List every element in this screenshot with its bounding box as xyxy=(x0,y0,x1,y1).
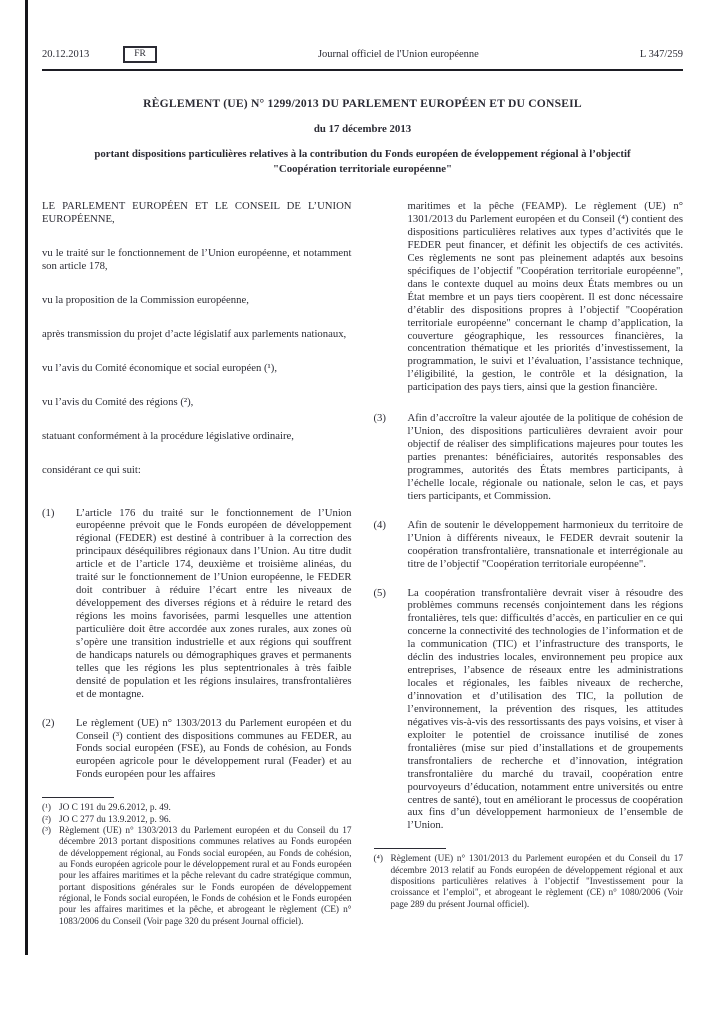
recital-2-text: Le règlement (UE) n° 1303/2013 du Parlem… xyxy=(76,717,352,782)
preamble-opening: LE PARLEMENT EUROPÉEN ET LE CONSEIL DE L… xyxy=(42,200,352,226)
recital-4-text: Afin de soutenir le développement harmon… xyxy=(408,519,684,571)
recital-1-number: (1) xyxy=(42,507,76,701)
footnote-3-text: Règlement (UE) n° 1303/2013 du Parlement… xyxy=(59,826,352,928)
regulation-subtitle: portant dispositions particulières relat… xyxy=(83,147,643,176)
regulation-title: RÈGLEMENT (UE) N° 1299/2013 DU PARLEMENT… xyxy=(42,97,683,110)
footnote-1-marker: (¹) xyxy=(42,803,59,814)
header-date: 20.12.2013 xyxy=(42,49,89,60)
recital-3: (3) Afin d’accroître la valeur ajoutée d… xyxy=(374,412,684,503)
preamble-proposition: vu la proposition de la Commission europ… xyxy=(42,294,352,307)
preamble-transmission: après transmission du projet d’acte légi… xyxy=(42,328,352,341)
footnote-2-text: JO C 277 du 13.9.2012, p. 96. xyxy=(59,815,352,826)
right-column: maritimes et la pêche (FEAMP). Le règlem… xyxy=(374,200,684,928)
page-header: 20.12.2013 FR Journal officiel de l'Unio… xyxy=(42,46,683,63)
recital-2-number: (2) xyxy=(42,717,76,782)
recital-3-number: (3) xyxy=(374,412,408,503)
recital-2-continuation: maritimes et la pêche (FEAMP). Le règlem… xyxy=(408,200,684,394)
recital-4: (4) Afin de soutenir le développement ha… xyxy=(374,519,684,571)
journal-title: Journal officiel de l'Union européenne xyxy=(157,49,640,60)
footnote-divider-left xyxy=(42,797,114,798)
header-divider xyxy=(42,69,683,71)
footnote-1-text: JO C 191 du 29.6.2012, p. 49. xyxy=(59,803,352,814)
footnote-3-marker: (³) xyxy=(42,826,59,928)
recital-5: (5) La coopération transfrontalière devr… xyxy=(374,587,684,833)
preamble-procedure: statuant conformément à la procédure lég… xyxy=(42,430,352,443)
recital-5-text: La coopération transfrontalière devrait … xyxy=(408,587,684,833)
document-page: 20.12.2013 FR Journal officiel de l'Unio… xyxy=(0,0,723,1024)
regulation-date: du 17 décembre 2013 xyxy=(42,123,683,135)
left-footnotes: (¹) JO C 191 du 29.6.2012, p. 49. (²) JO… xyxy=(42,797,352,928)
two-column-body: LE PARLEMENT EUROPÉEN ET LE CONSEIL DE L… xyxy=(42,200,683,928)
preamble-avis-regions: vu l’avis du Comité des régions (²), xyxy=(42,396,352,409)
footnote-3: (³) Règlement (UE) n° 1303/2013 du Parle… xyxy=(42,826,352,928)
footnote-2: (²) JO C 277 du 13.9.2012, p. 96. xyxy=(42,815,352,826)
right-footnotes: (⁴) Règlement (UE) n° 1301/2013 du Parle… xyxy=(374,848,684,911)
scan-artifact-bar xyxy=(25,0,28,955)
recital-3-text: Afin d’accroître la valeur ajoutée de la… xyxy=(408,412,684,503)
footnote-4-marker: (⁴) xyxy=(374,854,391,911)
footnote-4: (⁴) Règlement (UE) n° 1301/2013 du Parle… xyxy=(374,854,684,911)
footnote-2-marker: (²) xyxy=(42,815,59,826)
recital-1-text: L’article 176 du traité sur le fonctionn… xyxy=(76,507,352,701)
recital-5-number: (5) xyxy=(374,587,408,833)
language-badge: FR xyxy=(123,46,157,63)
footnote-4-text: Règlement (UE) n° 1301/2013 du Parlement… xyxy=(391,854,684,911)
recital-1: (1) L’article 176 du traité sur le fonct… xyxy=(42,507,352,701)
preamble-avis-cese: vu l’avis du Comité économique et social… xyxy=(42,362,352,375)
recital-2: (2) Le règlement (UE) n° 1303/2013 du Pa… xyxy=(42,717,352,782)
footnote-divider-right xyxy=(374,848,446,849)
footnote-1: (¹) JO C 191 du 29.6.2012, p. 49. xyxy=(42,803,352,814)
page-reference: L 347/259 xyxy=(640,49,683,60)
preamble-considerant: considérant ce qui suit: xyxy=(42,464,352,477)
recital-4-number: (4) xyxy=(374,519,408,571)
left-column: LE PARLEMENT EUROPÉEN ET LE CONSEIL DE L… xyxy=(42,200,352,928)
preamble-treaty: vu le traité sur le fonctionnement de l’… xyxy=(42,247,352,273)
title-block: RÈGLEMENT (UE) N° 1299/2013 DU PARLEMENT… xyxy=(42,97,683,176)
